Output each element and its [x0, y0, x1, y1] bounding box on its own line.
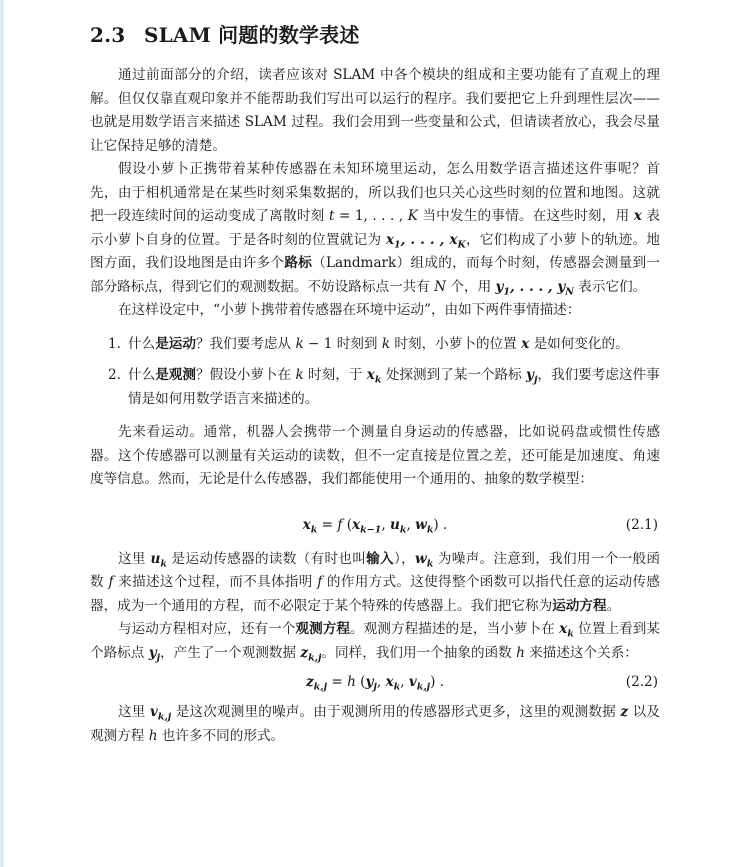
section-number: 2.3 [90, 18, 144, 52]
paragraph-motion-equation: 这里 uk 是运动传感器的读数（有时也叫输入），wk 为噪声。注意到，我们用一个… [90, 548, 660, 619]
paragraph-observation-noise: 这里 vk,j 是这次观测里的噪声。由于观测所用的传感器形式更多，这里的观测数据… [90, 701, 660, 748]
equation-2-2: zk,j = h (yj, xk, vk,j) . (2.2) [90, 665, 660, 699]
keyword-motion-equation: 运动方程 [552, 598, 606, 614]
text: 。观测方程描述的是，当小萝卜在 [350, 621, 559, 637]
list-item-observation: 2.什么是观测？假设小萝卜在 k 时刻，于 xk 处探测到了某一个路标 yj，我… [90, 364, 660, 411]
text: 是如何变化的。 [529, 336, 628, 352]
math-y-j: yj [526, 367, 537, 383]
equation-number: (2.2) [626, 665, 658, 699]
text: 也许多不同的形式。 [157, 728, 284, 744]
text: 这里 [118, 551, 150, 567]
list-item-motion: 1.什么是运动？我们要考虑从 k − 1 时刻到 k 时刻，小萝卜的位置 x 是… [90, 333, 660, 357]
math-w-k: wk [415, 551, 433, 567]
math-x: x [634, 208, 642, 224]
section-heading: 2.3SLAM 问题的数学表述 [90, 18, 660, 52]
math-u-k: uk [150, 551, 166, 567]
text: 当中发生的事情。在这些时刻，用 [418, 208, 634, 224]
paragraph-robot-setup: 假设小萝卜正携带着某种传感器在未知环境里运动，怎么用数学语言描述这件事呢？首先，… [90, 158, 660, 299]
paragraph-setting: 在这样设定中，“小萝卜携带着传感器在环境中运动”，由如下两件事情描述： [90, 299, 660, 323]
text: ，产生了一个观测数据 [160, 645, 300, 661]
text: 。同样，我们用一个抽象的函数 [321, 645, 516, 661]
math-t-range: t [329, 208, 334, 224]
keyword-landmark: 路标 [284, 255, 312, 271]
text: 来描述这个关系： [525, 645, 638, 661]
numbered-list: 1.什么是运动？我们要考虑从 k − 1 时刻到 k 时刻，小萝卜的位置 x 是… [90, 333, 660, 412]
keyword-input: 输入 [366, 551, 394, 567]
math-x-k: xk [559, 621, 574, 637]
paragraph-motion-intro: 先来看运动。通常，机器人会携带一个测量自身运动的传感器，比如说码盘或惯性传感器。… [90, 421, 660, 492]
text: 时刻，于 [304, 367, 367, 383]
math-z: z [620, 704, 628, 720]
text: 这里 [118, 704, 150, 720]
text: ）， [394, 551, 415, 567]
math-z-kj: zk,j [300, 645, 321, 661]
math-y-seq: y1, . . . , yN [496, 279, 574, 295]
paragraph-intro: 通过前面部分的介绍，读者应该对 SLAM 中各个模块的组成和主要功能有了直观上的… [90, 64, 660, 158]
text: ？假设小萝卜在 [196, 367, 295, 383]
text: 来描述这个过程，而不具体指明 [114, 574, 318, 590]
math-x: x [521, 336, 529, 352]
list-number: 2. [108, 364, 121, 388]
text: 处探测到了某一个路标 [381, 367, 526, 383]
math-x-k: xk [367, 367, 382, 383]
equation-2-1: xk = f (xk−1, uk, wk) . (2.1) [90, 508, 660, 542]
math-x-seq: x1, . . . , xK [386, 232, 466, 248]
text: 是这次观测里的噪声。由于观测所用的传感器形式更多，这里的观测数据 [171, 704, 620, 720]
text: 。 [607, 598, 621, 614]
text: 时刻到 [332, 336, 381, 352]
text: 个，用 [446, 279, 495, 295]
paragraph-observation-equation: 与运动方程相对应，还有一个观测方程。观测方程描述的是，当小萝卜在 xk 位置上看… [90, 618, 660, 665]
text: 与运动方程相对应，还有一个 [118, 621, 295, 637]
equation-observation: zk,j = h (yj, xk, vk,j) . [306, 665, 444, 699]
text: 是运动传感器的读数（有时也叫 [167, 551, 366, 567]
equation-motion: xk = f (xk−1, uk, wk) . [303, 508, 448, 542]
document-page: 2.3SLAM 问题的数学表述 通过前面部分的介绍，读者应该对 SLAM 中各个… [90, 18, 660, 748]
text: 什么 [128, 336, 155, 352]
math-k-minus-1: k [295, 336, 303, 352]
math-y-j: yj [149, 645, 160, 661]
equation-number: (2.1) [626, 508, 658, 542]
text: 时刻，小萝卜的位置 [390, 336, 521, 352]
math-N: N [434, 279, 446, 295]
text: 表示它们。 [574, 279, 646, 295]
math-h: h [516, 645, 525, 661]
math-k: k [295, 367, 303, 383]
keyword-observation: 是观测 [155, 367, 196, 383]
text: 什么 [128, 367, 155, 383]
keyword-motion: 是运动 [155, 336, 196, 352]
math-v-kj: vk,j [150, 704, 171, 720]
math-k: k [382, 336, 390, 352]
list-number: 1. [108, 333, 121, 357]
viewer-left-edge [0, 0, 4, 867]
section-title: SLAM 问题的数学表述 [144, 23, 360, 47]
keyword-observation-equation: 观测方程 [295, 621, 350, 637]
text: ？我们要考虑从 [196, 336, 295, 352]
